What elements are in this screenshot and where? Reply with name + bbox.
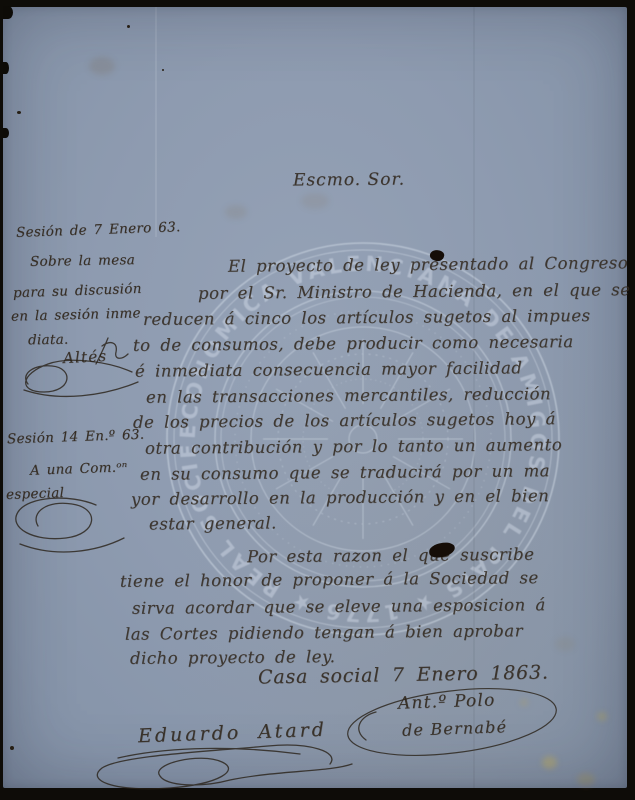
margin-session-note-line: A una Com.ᵒⁿ <box>30 459 128 478</box>
scan-edge-mark <box>3 62 9 74</box>
salutation: Escmo. Sor. <box>293 170 405 191</box>
body-line: tiene el honor de proponer á la Sociedad… <box>120 568 539 591</box>
stain <box>301 193 329 209</box>
body-line: yor desarrollo en la producción y en el … <box>131 486 549 509</box>
body-line: de los precios de los artículos sugetos … <box>133 409 556 432</box>
body-line: por el Sr. Ministro de Hacienda, en el q… <box>198 280 631 303</box>
margin-signature: Altés <box>63 347 108 367</box>
signature-right-line: de Bernabé <box>402 717 508 740</box>
body-line: otra contribución y por lo tanto un aume… <box>145 435 562 458</box>
margin-session-note-line: Sobre la mesa <box>30 252 135 270</box>
ink-speck <box>17 111 21 114</box>
ink-speck <box>127 25 130 28</box>
body-line: estar general. <box>149 513 277 533</box>
body-line: to de consumos, debe producir como neces… <box>133 332 574 355</box>
fold-crease <box>155 7 157 237</box>
scan-edge-mark <box>3 6 13 19</box>
stain <box>555 637 575 651</box>
scan-edge-mark <box>3 128 9 138</box>
margin-session-note-line: especial <box>6 485 65 503</box>
stain <box>89 57 115 75</box>
body-line: é inmediata consecuencia mayor facilidad <box>135 358 523 380</box>
stain <box>225 205 247 219</box>
body-line: El proyecto de ley presentado al Congres… <box>228 253 628 275</box>
body-line: en las transacciones mercantiles, reducc… <box>146 384 551 407</box>
stain <box>597 712 607 721</box>
body-line: reducen á cinco los artículos sugetos al… <box>143 306 591 329</box>
stain <box>577 773 595 786</box>
ink-speck <box>162 69 164 71</box>
margin-session-note-line: diata. <box>28 332 69 349</box>
ink-speck <box>10 746 14 750</box>
body-line: en su consumo que se traducirá por un ma <box>140 461 550 484</box>
body-line: Por esta razon el que suscribe <box>247 545 535 567</box>
margin-session-note-line: en la sesión inme <box>11 305 141 324</box>
body-line: las Cortes pidiendo tengan á bien aproba… <box>125 621 523 643</box>
scanned-letter-page: ECONOMICA VALENCIANA DE AMIGOS DEL PAIS … <box>0 0 635 800</box>
body-line: sirva acordar que se eleve una esposicio… <box>132 595 546 618</box>
stain <box>520 699 528 706</box>
signature-right-line: Ant.º Polo <box>398 690 496 713</box>
stain <box>542 756 557 769</box>
